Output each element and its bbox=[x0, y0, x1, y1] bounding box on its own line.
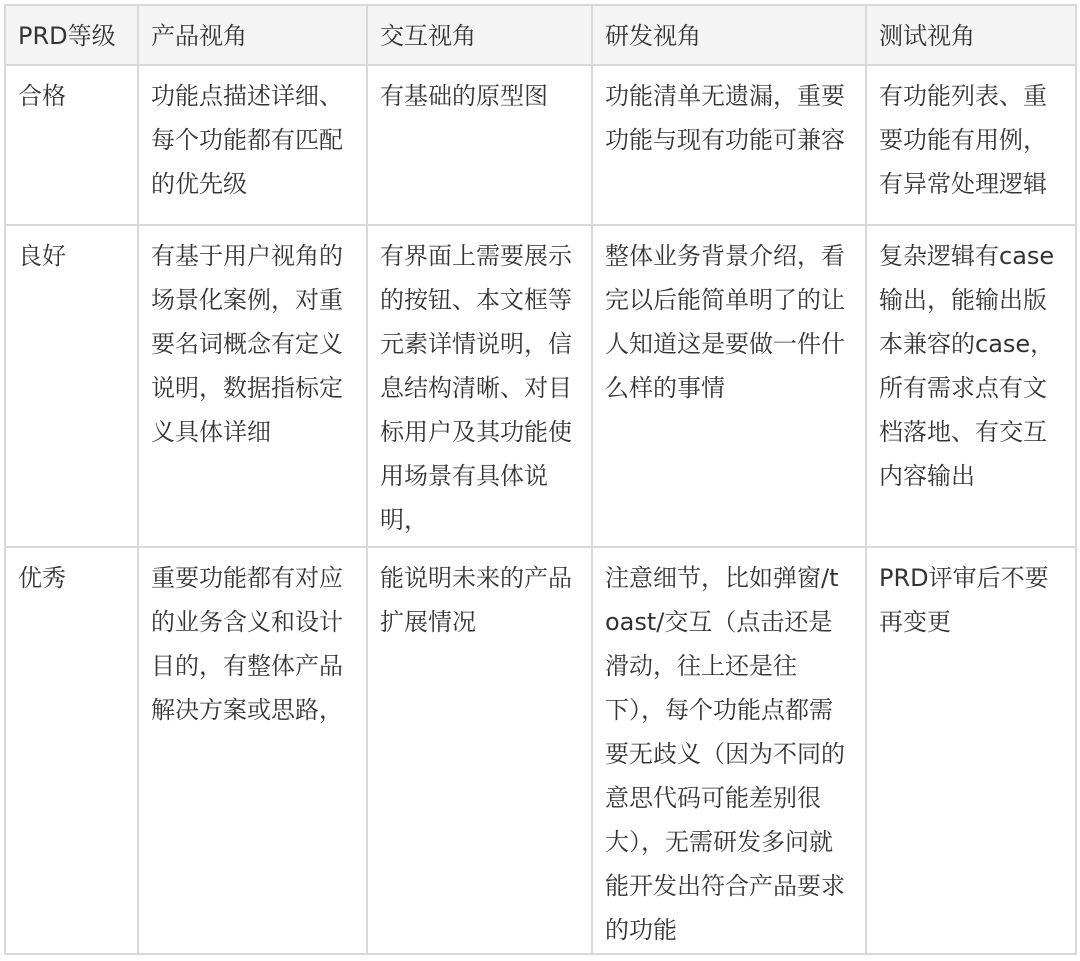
table-row: 合格 功能点描述详细、每个功能都有匹配的优先级 有基础的原型图 功能清单无遗漏，… bbox=[5, 65, 1076, 225]
cell-product: 功能点描述详细、每个功能都有匹配的优先级 bbox=[138, 65, 367, 225]
header-prd-level: PRD等级 bbox=[5, 5, 138, 65]
header-product-view: 产品视角 bbox=[138, 5, 367, 65]
cell-testing: PRD评审后不要再变更 bbox=[866, 547, 1076, 954]
cell-development: 整体业务背景介绍，看完以后能简单明了的让人知道这是要做一件什么样的事情 bbox=[592, 225, 866, 547]
cell-level: 合格 bbox=[5, 65, 138, 225]
table-row: 良好 有基于用户视角的场景化案例，对重要名词概念有定义说明，数据指标定义具体详细… bbox=[5, 225, 1076, 547]
table-header-row: PRD等级 产品视角 交互视角 研发视角 测试视角 bbox=[5, 5, 1076, 65]
cell-level: 优秀 bbox=[5, 547, 138, 954]
cell-development: 注意细节，比如弹窗/toast/交互（点击还是滑动，往上还是往下），每个功能点都… bbox=[592, 547, 866, 954]
cell-product: 有基于用户视角的场景化案例，对重要名词概念有定义说明，数据指标定义具体详细 bbox=[138, 225, 367, 547]
header-development-view: 研发视角 bbox=[592, 5, 866, 65]
table-row: 优秀 重要功能都有对应的业务含义和设计目的，有整体产品解决方案或思路， 能说明未… bbox=[5, 547, 1076, 954]
header-interaction-view: 交互视角 bbox=[367, 5, 592, 65]
cell-interaction: 有界面上需要展示的按钮、本文框等元素详情说明，信息结构清晰、对目标用户及其功能使… bbox=[367, 225, 592, 547]
cell-interaction: 能说明未来的产品扩展情况 bbox=[367, 547, 592, 954]
cell-development: 功能清单无遗漏，重要功能与现有功能可兼容 bbox=[592, 65, 866, 225]
cell-testing: 复杂逻辑有case输出，能输出版本兼容的case，所有需求点有文档落地、有交互内… bbox=[866, 225, 1076, 547]
cell-testing: 有功能列表、重要功能有用例，有异常处理逻辑 bbox=[866, 65, 1076, 225]
cell-interaction: 有基础的原型图 bbox=[367, 65, 592, 225]
cell-product: 重要功能都有对应的业务含义和设计目的，有整体产品解决方案或思路， bbox=[138, 547, 367, 954]
prd-grading-table: PRD等级 产品视角 交互视角 研发视角 测试视角 合格 功能点描述详细、每个功… bbox=[4, 4, 1077, 955]
header-testing-view: 测试视角 bbox=[866, 5, 1076, 65]
cell-level: 良好 bbox=[5, 225, 138, 547]
